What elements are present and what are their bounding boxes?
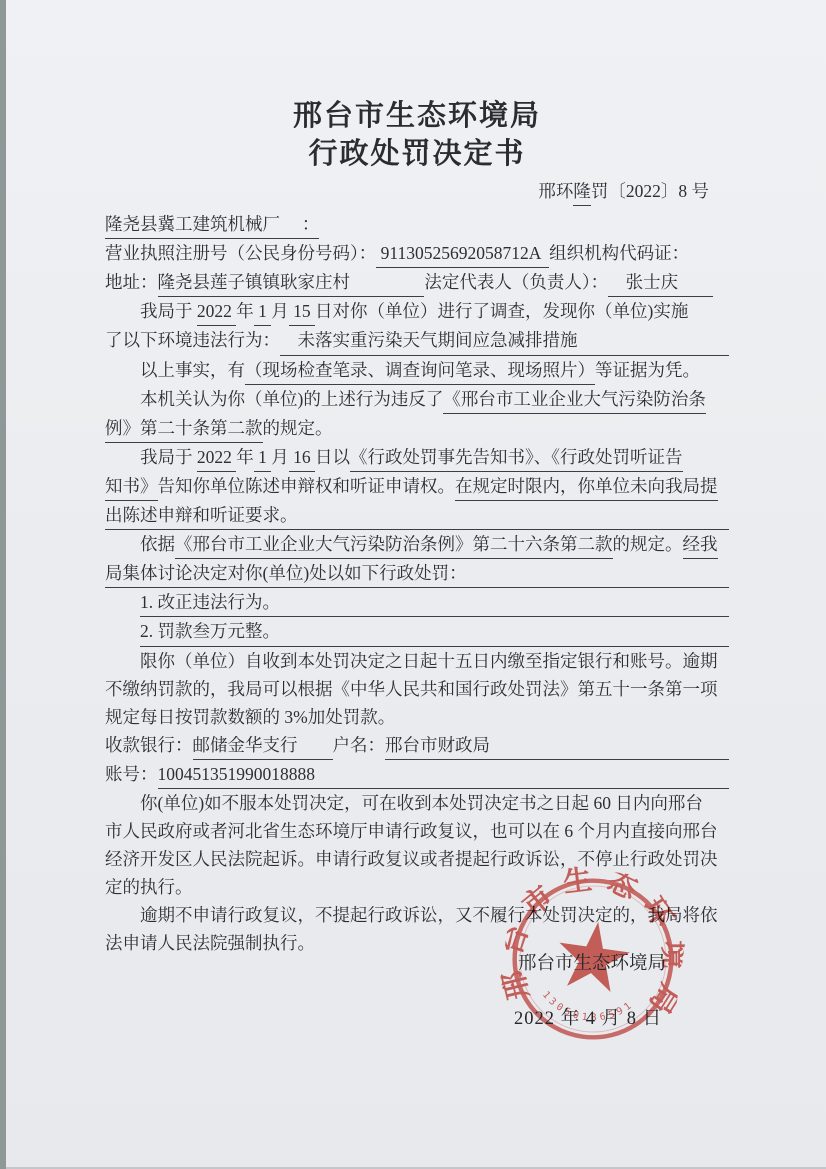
- text-segment: 年: [236, 443, 254, 471]
- text-segment: 罚〔2022〕8 号: [591, 177, 709, 205]
- filled-field-text: 15: [289, 297, 315, 326]
- text-segment: 的规定。: [613, 530, 683, 558]
- filled-field-text: 邮储金华支行: [193, 731, 333, 760]
- filled-field-text: 隆尧县莲子镇镇耿家庄村: [158, 268, 425, 297]
- filled-field-text: 经我: [683, 530, 718, 559]
- document-line: 限你（单位）自收到本处罚决定之日起十五日内缴至指定银行和账号。逾期: [105, 647, 729, 675]
- underline-filler: [578, 326, 730, 355]
- text-segment: 的规定。: [263, 414, 333, 442]
- text-segment: 法申请人民法院强制执行。: [105, 929, 315, 957]
- underline-filler: [490, 731, 729, 760]
- text-segment: 年: [236, 297, 254, 325]
- document-line: 了以下环境违法行为： 未落实重污染天气期间应急减排措施: [105, 326, 729, 355]
- filled-field-text: 《行政处罚事先告知书》、《行政处罚听证告: [350, 443, 683, 472]
- filled-field-text: 局集体讨论决定对你(单位)处以如下行政处罚：: [105, 559, 467, 588]
- underline-filler: [280, 588, 729, 617]
- document-line: 本机关认为你（单位)的上述行为违反了《邢台市工业企业大气污染防治条: [105, 385, 729, 414]
- filled-field-text: 《邢台市工业企业大气污染防治条: [443, 385, 706, 414]
- document-line: 2. 罚款叁万元整。: [105, 617, 729, 646]
- filled-field-text: 张士庆: [608, 268, 713, 297]
- filled-field-text: 2022: [197, 443, 236, 472]
- document-body: 隆尧县冀工建筑机械厂 ：营业执照注册号（公民身份号码）： 91130525692…: [105, 210, 729, 957]
- text-segment: 法定代表人（负责人）：: [424, 268, 608, 296]
- document-line: 经济开发区人民法院起诉。申请行政复议或者提起行政诉讼，不停止行政处罚决: [105, 845, 729, 873]
- filled-field-text: 邢台市财政局: [385, 731, 490, 760]
- document-line: 1. 改正违法行为。: [105, 588, 729, 617]
- text-segment: 市人民政府或者河北省生态环境厅申请行政复议，也可以在 6 个月内直接向邢台: [105, 817, 718, 845]
- document-line: 账号：100451351990018888: [105, 760, 729, 789]
- text-segment: 日对你（单位）进行了调查，发现你（单位)实施: [315, 297, 688, 325]
- text-segment: 告知你单位陈述申辩权和听证申请权。: [158, 472, 456, 500]
- document-title-line2: 行政处罚决定书: [105, 135, 729, 173]
- document-line: 规定每日按罚款数额的 3%加处罚款。: [105, 703, 729, 731]
- text-segment: 了以下环境违法行为：: [105, 326, 280, 354]
- text-segment: 依据: [140, 530, 175, 558]
- document-line: 地址：隆尧县莲子镇镇耿家庄村 法定代表人（负责人）： 张士庆: [105, 268, 729, 297]
- document-line: 我局于 2022 年 1 月 16 日以《行政处罚事先告知书》、《行政处罚听证告: [105, 443, 729, 472]
- filled-field-text: 1: [254, 443, 272, 472]
- filled-field-text: 出陈述申辩和听证要求。: [105, 501, 298, 530]
- document-line: 以上事实，有（现场检查笔录、调查询问笔录、现场照片）等证据为凭。: [105, 356, 729, 385]
- text-segment: 经济开发区人民法院起诉。申请行政复议或者提起行政诉讼，不停止行政处罚决: [105, 845, 718, 873]
- filled-field-text: 隆尧县冀工建筑机械厂 ：: [105, 210, 319, 239]
- filled-field-text: 16: [289, 443, 315, 472]
- document-line: 你(单位)如不服本处罚决定，可在收到本处罚决定书之日起 60 日内向邢台: [105, 789, 729, 817]
- text-segment: 地址：: [105, 268, 158, 296]
- doc-number: 邢环隆罚〔2022〕8 号: [105, 177, 729, 206]
- underline-filler: [467, 559, 729, 588]
- filled-field-text: 未落实重污染天气期间应急减排措施: [280, 326, 578, 355]
- text-segment: 我局于: [140, 443, 197, 471]
- document-line: 市人民政府或者河北省生态环境厅申请行政复议，也可以在 6 个月内直接向邢台: [105, 817, 729, 845]
- text-segment: 户名：: [333, 731, 386, 759]
- agency-signature: 邢台市生态环境局: [518, 949, 666, 975]
- document-line: 依据《邢台市工业企业大气污染防治条例》第二十六条第二款的规定。经我: [105, 530, 729, 559]
- text-segment: 邢环: [538, 177, 573, 205]
- document-line: 收款银行：邮储金华支行 户名：邢台市财政局: [105, 731, 729, 760]
- document-line: 出陈述申辩和听证要求。: [105, 501, 729, 530]
- document-line: 隆尧县冀工建筑机械厂 ：: [105, 210, 729, 239]
- underline-filler: [280, 617, 729, 646]
- filled-field-text: 100451351990018888: [158, 760, 316, 789]
- text-segment: 定的执行。: [105, 873, 193, 901]
- filled-field-text: 在规定时限内，你单位未向我局提: [455, 472, 718, 501]
- text-segment: 月: [271, 297, 289, 325]
- document-line: 知书》告知你单位陈述申辩权和听证申请权。在规定时限内，你单位未向我局提: [105, 472, 729, 501]
- document-title-line1: 邢台市生态环境局: [105, 97, 729, 135]
- document-page: 邢台市生态环境局 行政处罚决定书 邢环隆罚〔2022〕8 号 隆尧县冀工建筑机械…: [6, 0, 826, 1169]
- text-segment: 规定每日按罚款数额的 3%加处罚款。: [105, 703, 395, 731]
- document-content: 邢台市生态环境局 行政处罚决定书 邢环隆罚〔2022〕8 号 隆尧县冀工建筑机械…: [105, 0, 729, 958]
- document-line: 局集体讨论决定对你(单位)处以如下行政处罚：: [105, 559, 729, 588]
- filled-field-text: 91130525692058712A: [376, 239, 549, 268]
- text-segment: 账号：: [105, 760, 158, 788]
- document-line: 不缴纳罚款的，我局可以根据《中华人民共和国行政处罚法》第五十一条第一项: [105, 675, 729, 703]
- filled-field-text: 2022: [197, 297, 236, 326]
- text-segment: 营业执照注册号（公民身份号码）：: [105, 239, 376, 267]
- filled-field-text: 1: [254, 297, 272, 326]
- text-segment: 收款银行：: [105, 731, 193, 759]
- text-segment: 日以: [315, 443, 350, 471]
- text-segment: 月: [271, 443, 289, 471]
- filled-field-text: 《邢台市工业企业大气污染防治条例》第二十六条第二款: [175, 530, 613, 559]
- filled-field-text: 知书》: [105, 472, 158, 501]
- filled-field-text: （现场检查笔录、调查询问笔录、现场照片）: [245, 356, 595, 385]
- filled-field-text: 1. 改正违法行为。: [140, 588, 280, 617]
- text-segment: 限你（单位）自收到本处罚决定之日起十五日内缴至指定银行和账号。逾期: [140, 647, 718, 675]
- text-segment: 以上事实，有: [140, 356, 245, 384]
- document-line: 我局于 2022 年 1 月 15 日对你（单位）进行了调查，发现你（单位)实施: [105, 297, 729, 326]
- document-line: 例》第二十条第二款的规定。: [105, 414, 729, 443]
- filled-field-text: 2. 罚款叁万元整。: [140, 617, 280, 646]
- decision-date: 2022 年 4 月 8 日: [514, 1004, 662, 1030]
- text-segment: 等证据为凭。: [595, 356, 700, 384]
- filled-field-text: 隆: [573, 177, 591, 206]
- document-title-block: 邢台市生态环境局 行政处罚决定书: [105, 97, 729, 173]
- filled-field-text: 例》第二十条第二款: [105, 414, 263, 443]
- text-segment: 你(单位)如不服本处罚决定，可在收到本处罚决定书之日起 60 日内向邢台: [140, 789, 703, 817]
- underline-filler: [298, 501, 730, 530]
- text-segment: 不缴纳罚款的，我局可以根据《中华人民共和国行政处罚法》第五十一条第一项: [105, 675, 718, 703]
- text-segment: 组织机构代码证：: [549, 239, 689, 267]
- document-line: 营业执照注册号（公民身份号码）： 91130525692058712A 组织机构…: [105, 239, 729, 268]
- text-segment: 我局于: [140, 297, 197, 325]
- text-segment: 本机关认为你（单位)的上述行为违反了: [140, 385, 443, 413]
- underline-filler: [315, 760, 729, 789]
